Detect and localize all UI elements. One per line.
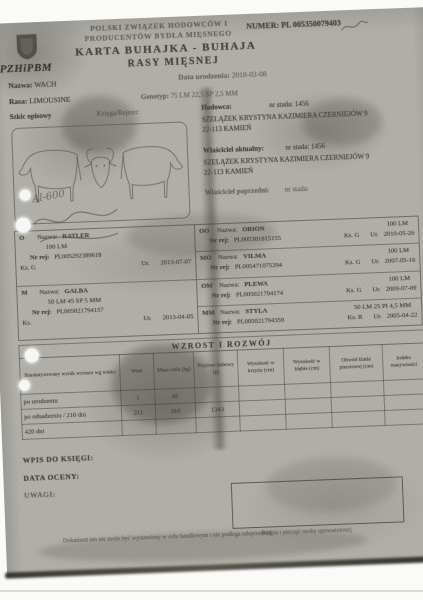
growth-cell (122, 419, 157, 435)
dams-sire-reg-no: PL005021794174 (236, 289, 283, 298)
growth-development-table: WZROST I ROZWÓJ Standaryzowany wynik wzr… (18, 329, 423, 440)
sire-book: Ks. G (20, 264, 36, 272)
dam-book: Ks. (22, 319, 31, 326)
growth-col-header: Wiek (119, 353, 154, 390)
sires-sire-genotype: 100 LM (386, 220, 408, 228)
growth-cell (383, 379, 423, 396)
growth-cell (286, 413, 333, 430)
birth-date-label: Data urodzenia: (178, 71, 230, 82)
scanner-edge-line (0, 590, 423, 592)
pedigree-table: O Nazwa: RATLER 100 LM Nr rej: PL0052923… (14, 216, 423, 341)
sires-dam-code: MO (200, 255, 213, 262)
growth-cell (332, 410, 386, 427)
growth-col-header: Przyrost dobowy (g) (193, 350, 238, 388)
dams-dam-genotype: 50 LM 25 PI 4,5 MM (354, 302, 411, 311)
handwritten-mark (339, 18, 370, 35)
herd-no-label: nr stada: (269, 100, 293, 109)
document-number-label: NUMER: (246, 21, 279, 31)
name-label: Nazwa: (217, 227, 237, 235)
breeder-line: Hodowca: nr stada: 1456 (201, 100, 309, 112)
growth-col-header: Masa ciała (kg) (153, 352, 194, 390)
document-title-line2: RASY MIĘSNEJ (127, 55, 219, 70)
shield-crest-icon (14, 32, 39, 61)
handwritten-text: Al-600 (30, 189, 66, 206)
document-content: PZHiPBM POLSKI ZWIĄZEK HODOWCÓW I PRODUC… (0, 0, 423, 599)
birth-date-value: 2018-02-08 (232, 69, 267, 79)
dams-dam-reg-no: PL005021794359 (237, 317, 284, 326)
dams-sire-genotype: 100 LM (389, 274, 411, 282)
sires-sire-name: ORION (242, 225, 265, 233)
dams-dam-code: MM (202, 309, 215, 316)
born-label: Ur. (370, 231, 379, 238)
evaluation-date-label: DATA OCENY: (23, 473, 79, 484)
dams-dam-born: 2005-04-22 (387, 311, 418, 319)
name-label: Nazwa: (220, 308, 240, 316)
animal-name-label: Nazwa: (8, 80, 32, 90)
reg-label: Nr rej: (209, 237, 229, 245)
dams-sire-book: Ks. G (346, 286, 362, 294)
logo-abbreviation: PZHiPBM (0, 61, 52, 76)
sires-dam-genotype: 100 LM (387, 247, 409, 255)
document-number: NUMER: PL 005350079403 (246, 18, 341, 31)
name-label: Nazwa: (219, 281, 239, 289)
current-owner-herd-no: 1456 (311, 142, 325, 151)
sire-reg-no: PL005292389618 (54, 252, 101, 261)
name-label: Nazwa: (37, 233, 57, 241)
growth-cell (196, 416, 241, 433)
sire-genotype: 100 LM (45, 243, 67, 251)
pedigree-sire-cell: O Nazwa: RATLER 100 LM Nr rej: PL0052923… (15, 225, 196, 286)
growth-cell (385, 409, 423, 426)
growth-cell: 1343 (195, 401, 240, 418)
animal-name-field: Nazwa: WACH (8, 80, 56, 90)
growth-cell: 211 (121, 404, 156, 420)
growth-col-header: Obwód klatki piersiowej (cm) (329, 345, 383, 383)
growth-cell (156, 418, 197, 435)
current-owner-line: Właściciel aktualny: nr stada: 1456 (203, 142, 325, 155)
reg-label: Nr rej: (32, 308, 52, 316)
reg-label: Nr rej: (30, 254, 50, 262)
pedigree-dam-cell: M Nazwa: GALBA 50 LM 45 SP 5 MM Nr rej: … (17, 280, 198, 340)
previous-owner-line: Właściciel poprzedni: nr stada: (204, 185, 308, 197)
name-label: Nazwa: (39, 288, 59, 296)
sires-sire-book: Ks. G (344, 232, 360, 240)
breed-value: LIMOUSINE (29, 95, 71, 106)
book-entry-label: WPIS DO KSIĘGI: (23, 454, 94, 465)
scanned-document-page: PZHiPBM POLSKI ZWIĄZEK HODOWCÓW I PRODUC… (0, 7, 423, 576)
growth-cell: 1 (121, 389, 156, 405)
breeder-name: SZELĄŻEK KRYSTYNA KAZIMIERA CZERNIEJÓW 9 (202, 109, 368, 123)
genotype-label: Genotyp: (141, 92, 169, 101)
growth-cell (195, 386, 240, 403)
growth-cell: 310 (155, 403, 196, 420)
name-label: Nazwa: (218, 254, 238, 262)
born-label: Ur. (372, 286, 381, 293)
sketch-section-label: Szkic opisowy (9, 112, 51, 122)
dam-genotype: 50 LM 45 SP 5 MM (48, 296, 102, 305)
current-owner-label: Właściciel aktualny: (203, 144, 264, 154)
sires-sire-reg-no: PL005301815155 (234, 235, 281, 244)
remarks-label: UWAGI: (24, 491, 56, 501)
born-label: Ur. (141, 260, 150, 267)
previous-owner-label: Właściciel poprzedni: (204, 186, 269, 196)
stain-smudge (301, 97, 383, 148)
sire-born: 2013-07-07 (160, 258, 191, 266)
dams-sire-code: OM (201, 282, 214, 289)
breed-field: Rasa: LIMOUSINE (9, 96, 71, 107)
reg-label: Nr rej: (211, 291, 231, 299)
sires-dam-book: Ks. G (345, 259, 361, 267)
birth-date-field: Data urodzenia: 2018-02-08 (178, 70, 267, 82)
growth-col-header: Wysokość w kłębie (cm) (283, 347, 330, 385)
dam-reg-no: PL005021794157 (56, 306, 103, 315)
growth-col-header: Wysokość w krzyżu (cm) (237, 348, 284, 386)
breeder-address: 22-113 KAMIEŃ (202, 124, 252, 134)
dams-sire-name: PLEWA (244, 280, 268, 288)
growth-cell (240, 414, 287, 431)
sire-name: RATLER (62, 232, 89, 240)
dams-dam-name: STYLA (245, 307, 267, 315)
pedigree-parents-column: O Nazwa: RATLER 100 LM Nr rej: PL0052923… (15, 225, 199, 340)
dam-born: 2013-04-05 (162, 313, 193, 321)
reg-label: Nr rej: (213, 319, 233, 327)
document-number-value: PL 005350079403 (281, 18, 341, 29)
sires-sire-born: 2010-05-26 (383, 230, 414, 238)
dam-name: GALBA (64, 287, 88, 295)
breeder-label: Hodowca: (201, 103, 232, 112)
dams-sire-born: 2009-07-09 (386, 284, 417, 292)
growth-cell (384, 394, 423, 411)
current-owner-address: 22-113 KAMIEŃ (204, 167, 254, 177)
genotype-field: Genotyp: 75 LM 22,5 SP 2,5 MM (141, 89, 238, 101)
sires-dam-name: VILMA (243, 253, 266, 261)
growth-col-header: Indeks masywności (382, 343, 423, 381)
herd-no-label: nr stada: (285, 185, 309, 194)
dams-dam-book: Ks. R (347, 314, 362, 322)
pedigree-grandparents-column: OO Nazwa: ORION 100 LM Nr rej: PL0053018… (195, 217, 422, 333)
herd-no-label: nr stada: (285, 143, 309, 152)
dam-code: M (21, 289, 34, 296)
current-owner-name: SZELĄŻEK KRYSTYNA KAZIMIERA CZERNIEJÓW 9 (203, 152, 369, 166)
disclaimer-text: Dokument ten nie może być wystawiony w c… (63, 530, 272, 545)
born-label: Ur. (371, 258, 380, 265)
born-label: Ur. (373, 313, 382, 320)
growth-cell: 42 (155, 388, 196, 405)
born-label: Ur. (143, 314, 152, 321)
sires-dam-reg-no: PL005471075294 (235, 262, 282, 271)
register-label: Księga/Rejestr: (96, 108, 139, 118)
sires-dam-born: 2007-05-16 (385, 257, 416, 265)
reg-label: Nr rej: (210, 264, 230, 272)
sire-code: O (19, 234, 32, 241)
signature-caption: Podpis i pieczęć osoby upoważnionej (262, 527, 352, 537)
growth-row-label: 420 dni (22, 421, 123, 440)
sires-sire-code: OO (199, 227, 212, 234)
signature-stamp-box (231, 476, 405, 529)
breeder-herd-no: 1456 (295, 100, 309, 109)
animal-name-value: WACH (34, 79, 56, 89)
genotype-value: 75 LM 22,5 SP 2,5 MM (170, 89, 237, 100)
breed-label: Rasa: (9, 96, 28, 106)
